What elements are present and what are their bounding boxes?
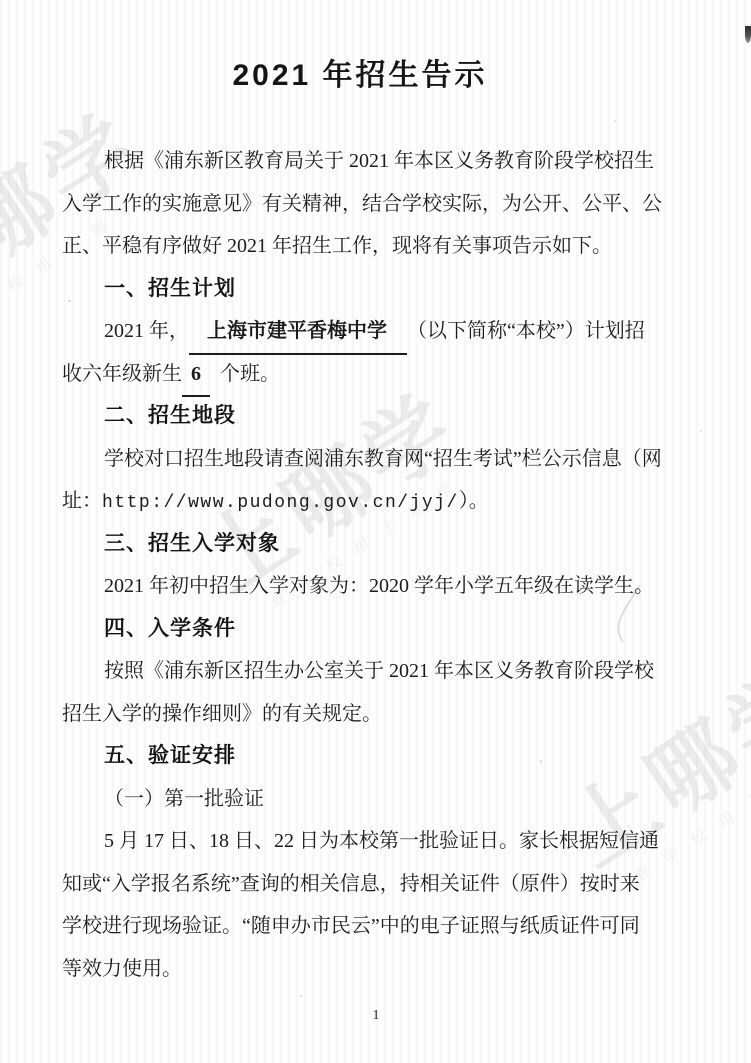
section1-line1-suffix: （以下简称“本校”）计划招 — [407, 320, 645, 342]
intro-line-1: 根据《浦东新区教育局关于 2021 年本区义务教育阶段学校招生 — [62, 140, 707, 183]
page-title: 2021 年招生告示 — [30, 50, 690, 94]
scan-edge-mark — [745, 26, 751, 43]
section5-line-1: 5 月 17 日、18 日、22 日为本校第一批验证日。家长根据短信通 — [62, 820, 707, 863]
section5-heading: 五、验证安排 — [62, 735, 707, 778]
section4-line-1: 按照《浦东新区招生办公室关于 2021 年本区义务教育阶段学校 — [62, 650, 707, 693]
section2-line2-prefix: 址： — [62, 490, 102, 512]
pudong-url-text: http://www.pudong.gov.cn/jyj/ — [102, 493, 459, 513]
document-body: 根据《浦东新区教育局关于 2021 年本区义务教育阶段学校招生 入学工作的实施意… — [62, 140, 707, 990]
section5-line-2: 知或“入学报名系统”查询的相关信息，持相关证件（原件）按时来 — [62, 863, 707, 906]
section1-line2-suffix: 个班。 — [220, 363, 280, 385]
scan-speck — [614, 120, 616, 122]
section1-heading: 一、招生计划 — [62, 268, 707, 311]
intro-line-3: 正、平稳有序做好 2021 年招生工作，现将有关事项告示如下。 — [62, 225, 707, 268]
section2-line2-suffix: ）。 — [459, 490, 489, 512]
section3-line-1: 2021 年初中招生入学对象为：2020 学年小学五年级在读学生。 — [62, 565, 707, 608]
section1-line-2: 收六年级新生6个班。 — [62, 353, 707, 396]
intro-line-2: 入学工作的实施意见》有关精神，结合学校实际，为公开、公平、公 — [62, 183, 707, 226]
section2-line-1: 学校对口招生地段请查阅浦东教育网“招生考试”栏公示信息（网 — [62, 438, 707, 481]
scanned-document-page: 上哪学 查 学 校 用 上 哪 学 上哪学 查 学 校 用 上 哪 学 上哪学 … — [0, 0, 751, 1063]
section3-heading: 三、招生入学对象 — [62, 523, 707, 566]
scan-speck — [300, 995, 302, 997]
page-number: 1 — [62, 1008, 690, 1024]
section4-heading: 四、入学条件 — [62, 608, 707, 651]
section5-line-4: 等效力使用。 — [62, 948, 707, 991]
section1-line-1: 2021 年，上海市建平香梅中学（以下简称“本校”）计划招 — [62, 310, 707, 353]
section4-line-2: 招生入学的操作细则》的有关规定。 — [62, 693, 707, 736]
class-count-underlined: 6 — [182, 353, 210, 398]
section1-line1-prefix: 2021 年， — [104, 320, 189, 342]
section5-line-3: 学校进行现场验证。“随申办市民云”中的电子证照与纸质证件可同 — [62, 905, 707, 948]
section2-line-2: 址：http://www.pudong.gov.cn/jyj/）。 — [62, 480, 707, 523]
school-name-underlined: 上海市建平香梅中学 — [189, 310, 407, 355]
section1-line2-prefix: 收六年级新生 — [62, 363, 182, 385]
section5-subheading: （一）第一批验证 — [62, 778, 707, 821]
section2-heading: 二、招生地段 — [62, 395, 707, 438]
